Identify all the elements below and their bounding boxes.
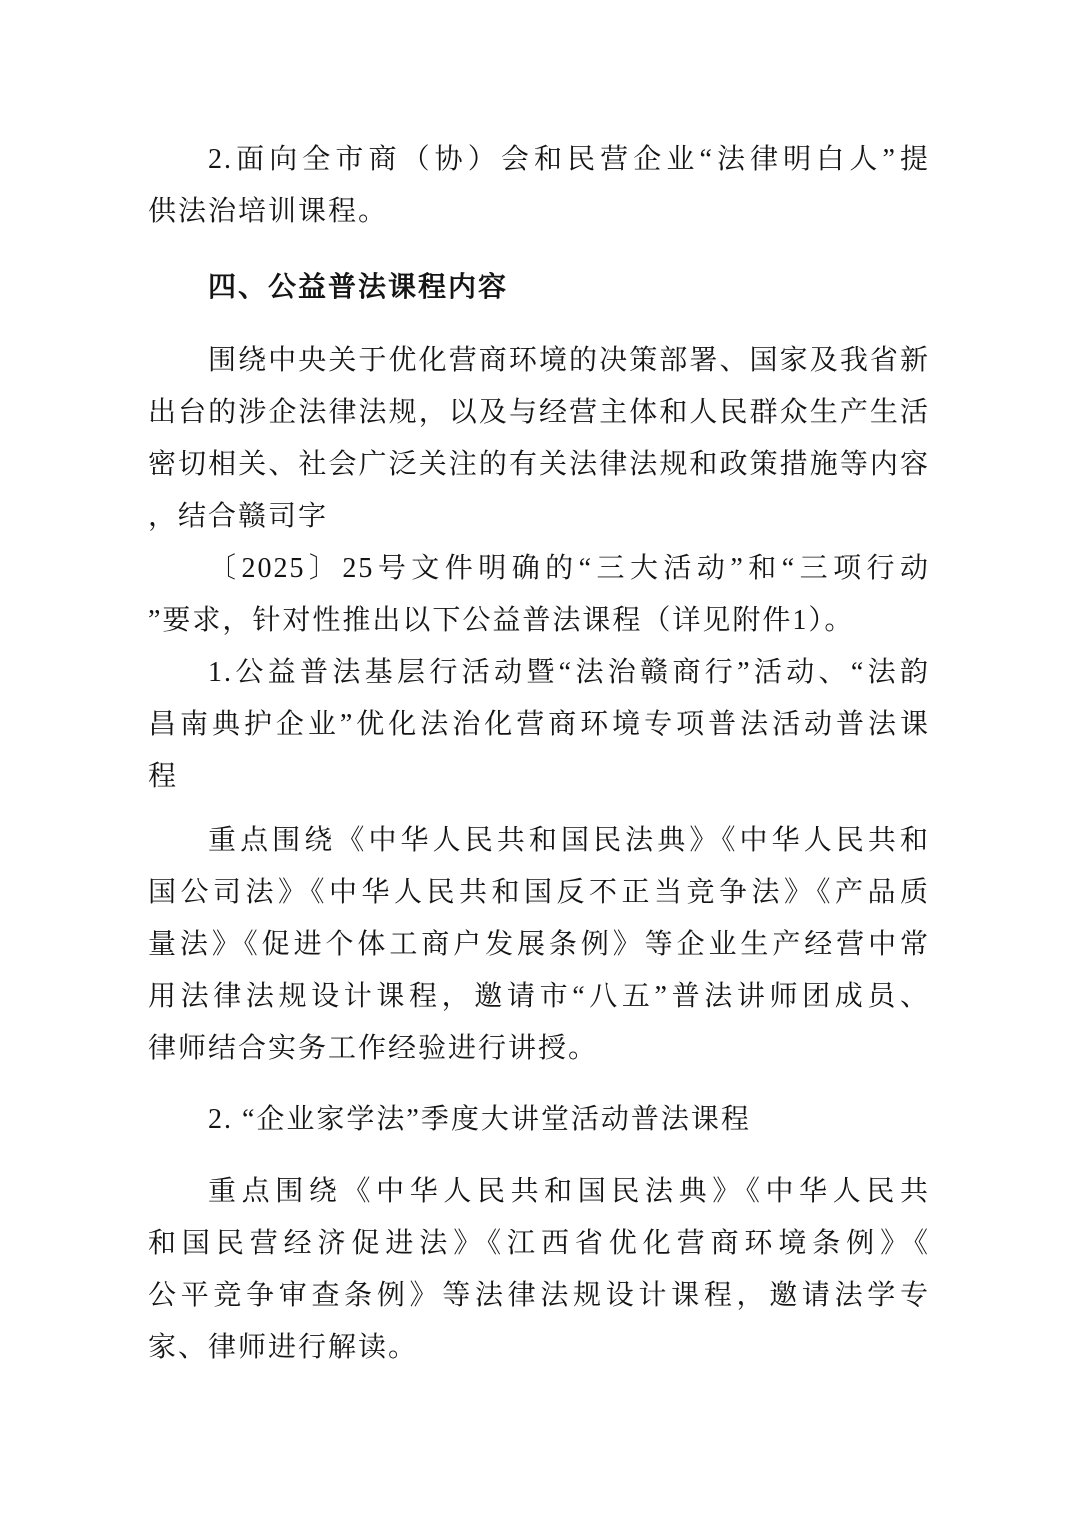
paragraph-course-context: 围绕中央关于优化营商环境的决策部署、国家及我省新 出台的涉企法律法规，以及与经营… (148, 335, 930, 543)
paragraph-course-1-detail: 重点围绕《中华人民共和国民法典》《中华人民共和 国公司法》《中华人民共和国反不正… (148, 815, 930, 1075)
text-line: 重点围绕《中华人民共和国民法典》《中华人民共和 (148, 815, 930, 867)
text-line: 围绕中央关于优化营商环境的决策部署、国家及我省新 (148, 335, 930, 387)
document-content: 2.面向全市商（协）会和民营企业“法律明白人”提 供法治培训课程。 四、公益普法… (148, 134, 930, 1374)
text-line: 重点围绕《中华人民共和国民法典》《中华人民共 (148, 1166, 930, 1218)
text-line: 公平竞争审查条例》等法律法规设计课程，邀请法学专 (148, 1270, 930, 1322)
paragraph-training-courses: 2.面向全市商（协）会和民营企业“法律明白人”提 供法治培训课程。 (148, 134, 930, 238)
text-line: 家、律师进行解读。 (148, 1322, 930, 1374)
text-line: 2. “企业家学法”季度大讲堂活动普法课程 (148, 1094, 930, 1146)
text-line: ”要求，针对性推出以下公益普法课程（详见附件1）。 (148, 595, 930, 647)
text-line: 〔2025〕25号文件明确的“三大活动”和“三项行动 (148, 543, 930, 595)
text-line: 供法治培训课程。 (148, 186, 930, 238)
text-line: 程 (148, 751, 930, 803)
text-line: 用法律法规设计课程，邀请市“八五”普法讲师团成员、 (148, 971, 930, 1023)
document-page: 2.面向全市商（协）会和民营企业“法律明白人”提 供法治培训课程。 四、公益普法… (0, 0, 1074, 1520)
text-line: ，结合赣司字 (148, 491, 930, 543)
text-line: 2.面向全市商（协）会和民营企业“法律明白人”提 (148, 134, 930, 186)
text-line: 和国民营经济促进法》《江西省优化营商环境条例》《 (148, 1218, 930, 1270)
heading-text: 四、公益普法课程内容 (148, 261, 930, 313)
section-heading: 四、公益普法课程内容 (148, 261, 930, 313)
list-item-course-2: 2. “企业家学法”季度大讲堂活动普法课程 (148, 1094, 930, 1146)
text-line: 密切相关、社会广泛关注的有关法律法规和政策措施等内容 (148, 439, 930, 491)
text-line: 昌南典护企业”优化法治化营商环境专项普法活动普法课 (148, 699, 930, 751)
paragraph-document-reference: 〔2025〕25号文件明确的“三大活动”和“三项行动 ”要求，针对性推出以下公益… (148, 543, 930, 647)
text-line: 1.公益普法基层行活动暨“法治赣商行”活动、“法韵 (148, 647, 930, 699)
text-line: 国公司法》《中华人民共和国反不正当竞争法》《产品质 (148, 867, 930, 919)
text-line: 量法》《促进个体工商户发展条例》等企业生产经营中常 (148, 919, 930, 971)
paragraph-course-2-detail: 重点围绕《中华人民共和国民法典》《中华人民共 和国民营经济促进法》《江西省优化营… (148, 1166, 930, 1374)
text-line: 律师结合实务工作经验进行讲授。 (148, 1023, 930, 1075)
text-line: 出台的涉企法律法规，以及与经营主体和人民群众生产生活 (148, 387, 930, 439)
list-item-course-1: 1.公益普法基层行活动暨“法治赣商行”活动、“法韵 昌南典护企业”优化法治化营商… (148, 647, 930, 803)
